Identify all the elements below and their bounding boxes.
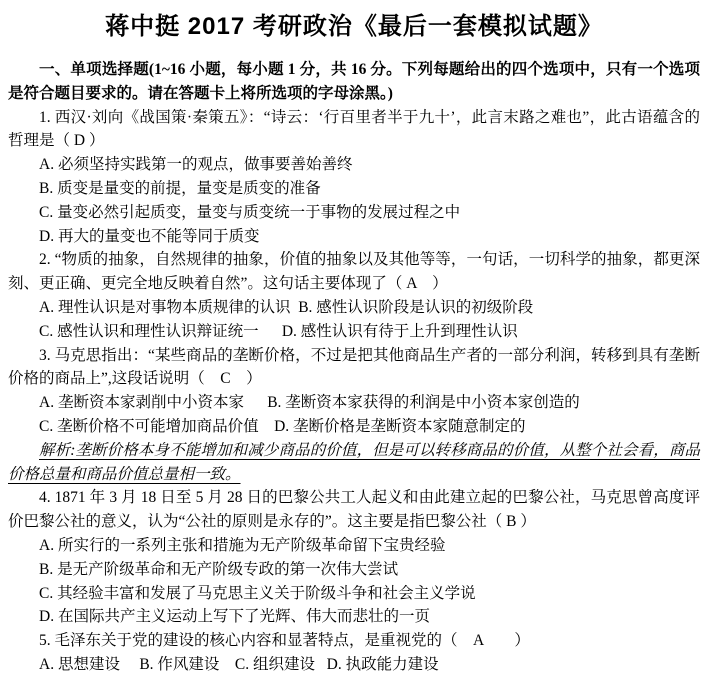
question-2: 2. “物质的抽象，自然规律的抽象，价值的抽象以及其他等等，一句话，一切科学的抽… bbox=[8, 248, 700, 343]
question-stem: 2. “物质的抽象，自然规律的抽象，价值的抽象以及其他等等，一句话，一切科学的抽… bbox=[8, 248, 700, 296]
option-line: D. 再大的量变也不能等同于质变 bbox=[8, 225, 700, 249]
question-stem: 4. 1871 年 3 月 18 日至 5 月 28 日的巴黎公共工人起义和由此… bbox=[8, 486, 700, 534]
question-stem: 3. 马克思指出：“某些商品的垄断价格，不过是把其他商品生产者的一部分利润，转移… bbox=[8, 344, 700, 392]
question-stem: 5. 毛泽东关于党的建设的核心内容和显著特点，是重视党的（ A ） bbox=[8, 629, 700, 653]
question-1: 1. 西汉·刘向《战国策·秦策五》：“诗云：‘行百里者半于九十’，此言末路之难也… bbox=[8, 106, 700, 249]
option-line: A. 垄断资本家剥削中小资本家 B. 垄断资本家获得的利润是中小资本家创造的 bbox=[8, 391, 700, 415]
section-heading: 一、单项选择题(1~16 小题，每小题 1 分，共 16 分。下列每题给出的四个… bbox=[8, 58, 700, 106]
question-3: 3. 马克思指出：“某些商品的垄断价格，不过是把其他商品生产者的一部分利润，转移… bbox=[8, 344, 700, 487]
page-title: 蒋中挺 2017 考研政治《最后一套模拟试题》 bbox=[8, 12, 700, 42]
option-line: B. 质变是量变的前提，量变是质变的准备 bbox=[8, 177, 700, 201]
option-line: A. 所实行的一系列主张和措施为无产阶级革命留下宝贵经验 bbox=[8, 534, 700, 558]
option-line: C. 其经验丰富和发展了马克思主义关于阶级斗争和社会主义学说 bbox=[8, 582, 700, 606]
question-stem: 1. 西汉·刘向《战国策·秦策五》：“诗云：‘行百里者半于九十’，此言末路之难也… bbox=[8, 106, 700, 154]
option-line: C. 垄断价格不可能增加商品价值 D. 垄断价格是垄断资本家随意制定的 bbox=[8, 415, 700, 439]
analysis-note: 解析:垄断价格本身不能增加和减少商品的价值，但是可以转移商品的价值，从整个社会看… bbox=[8, 439, 700, 487]
option-line: A. 理性认识是对事物本质规律的认识 B. 感性认识阶段是认识的初级阶段 bbox=[8, 296, 700, 320]
question-5: 5. 毛泽东关于党的建设的核心内容和显著特点，是重视党的（ A ） A. 思想建… bbox=[8, 629, 700, 677]
option-line: C. 感性认识和理性认识辩证统一 D. 感性认识有待于上升到理性认识 bbox=[8, 320, 700, 344]
option-line: A. 必须坚持实践第一的观点，做事要善始善终 bbox=[8, 153, 700, 177]
option-line: B. 是无产阶级革命和无产阶级专政的第一次伟大尝试 bbox=[8, 558, 700, 582]
exam-paper-page: 蒋中挺 2017 考研政治《最后一套模拟试题》 一、单项选择题(1~16 小题，… bbox=[0, 0, 709, 691]
option-line: D. 在国际共产主义运动上写下了光辉、伟大而悲壮的一页 bbox=[8, 605, 700, 629]
option-line: C. 量变必然引起质变，量变与质变统一于事物的发展过程之中 bbox=[8, 201, 700, 225]
option-line: A. 思想建设 B. 作风建设 C. 组织建设 D. 执政能力建设 bbox=[8, 653, 700, 677]
question-4: 4. 1871 年 3 月 18 日至 5 月 28 日的巴黎公共工人起义和由此… bbox=[8, 486, 700, 629]
